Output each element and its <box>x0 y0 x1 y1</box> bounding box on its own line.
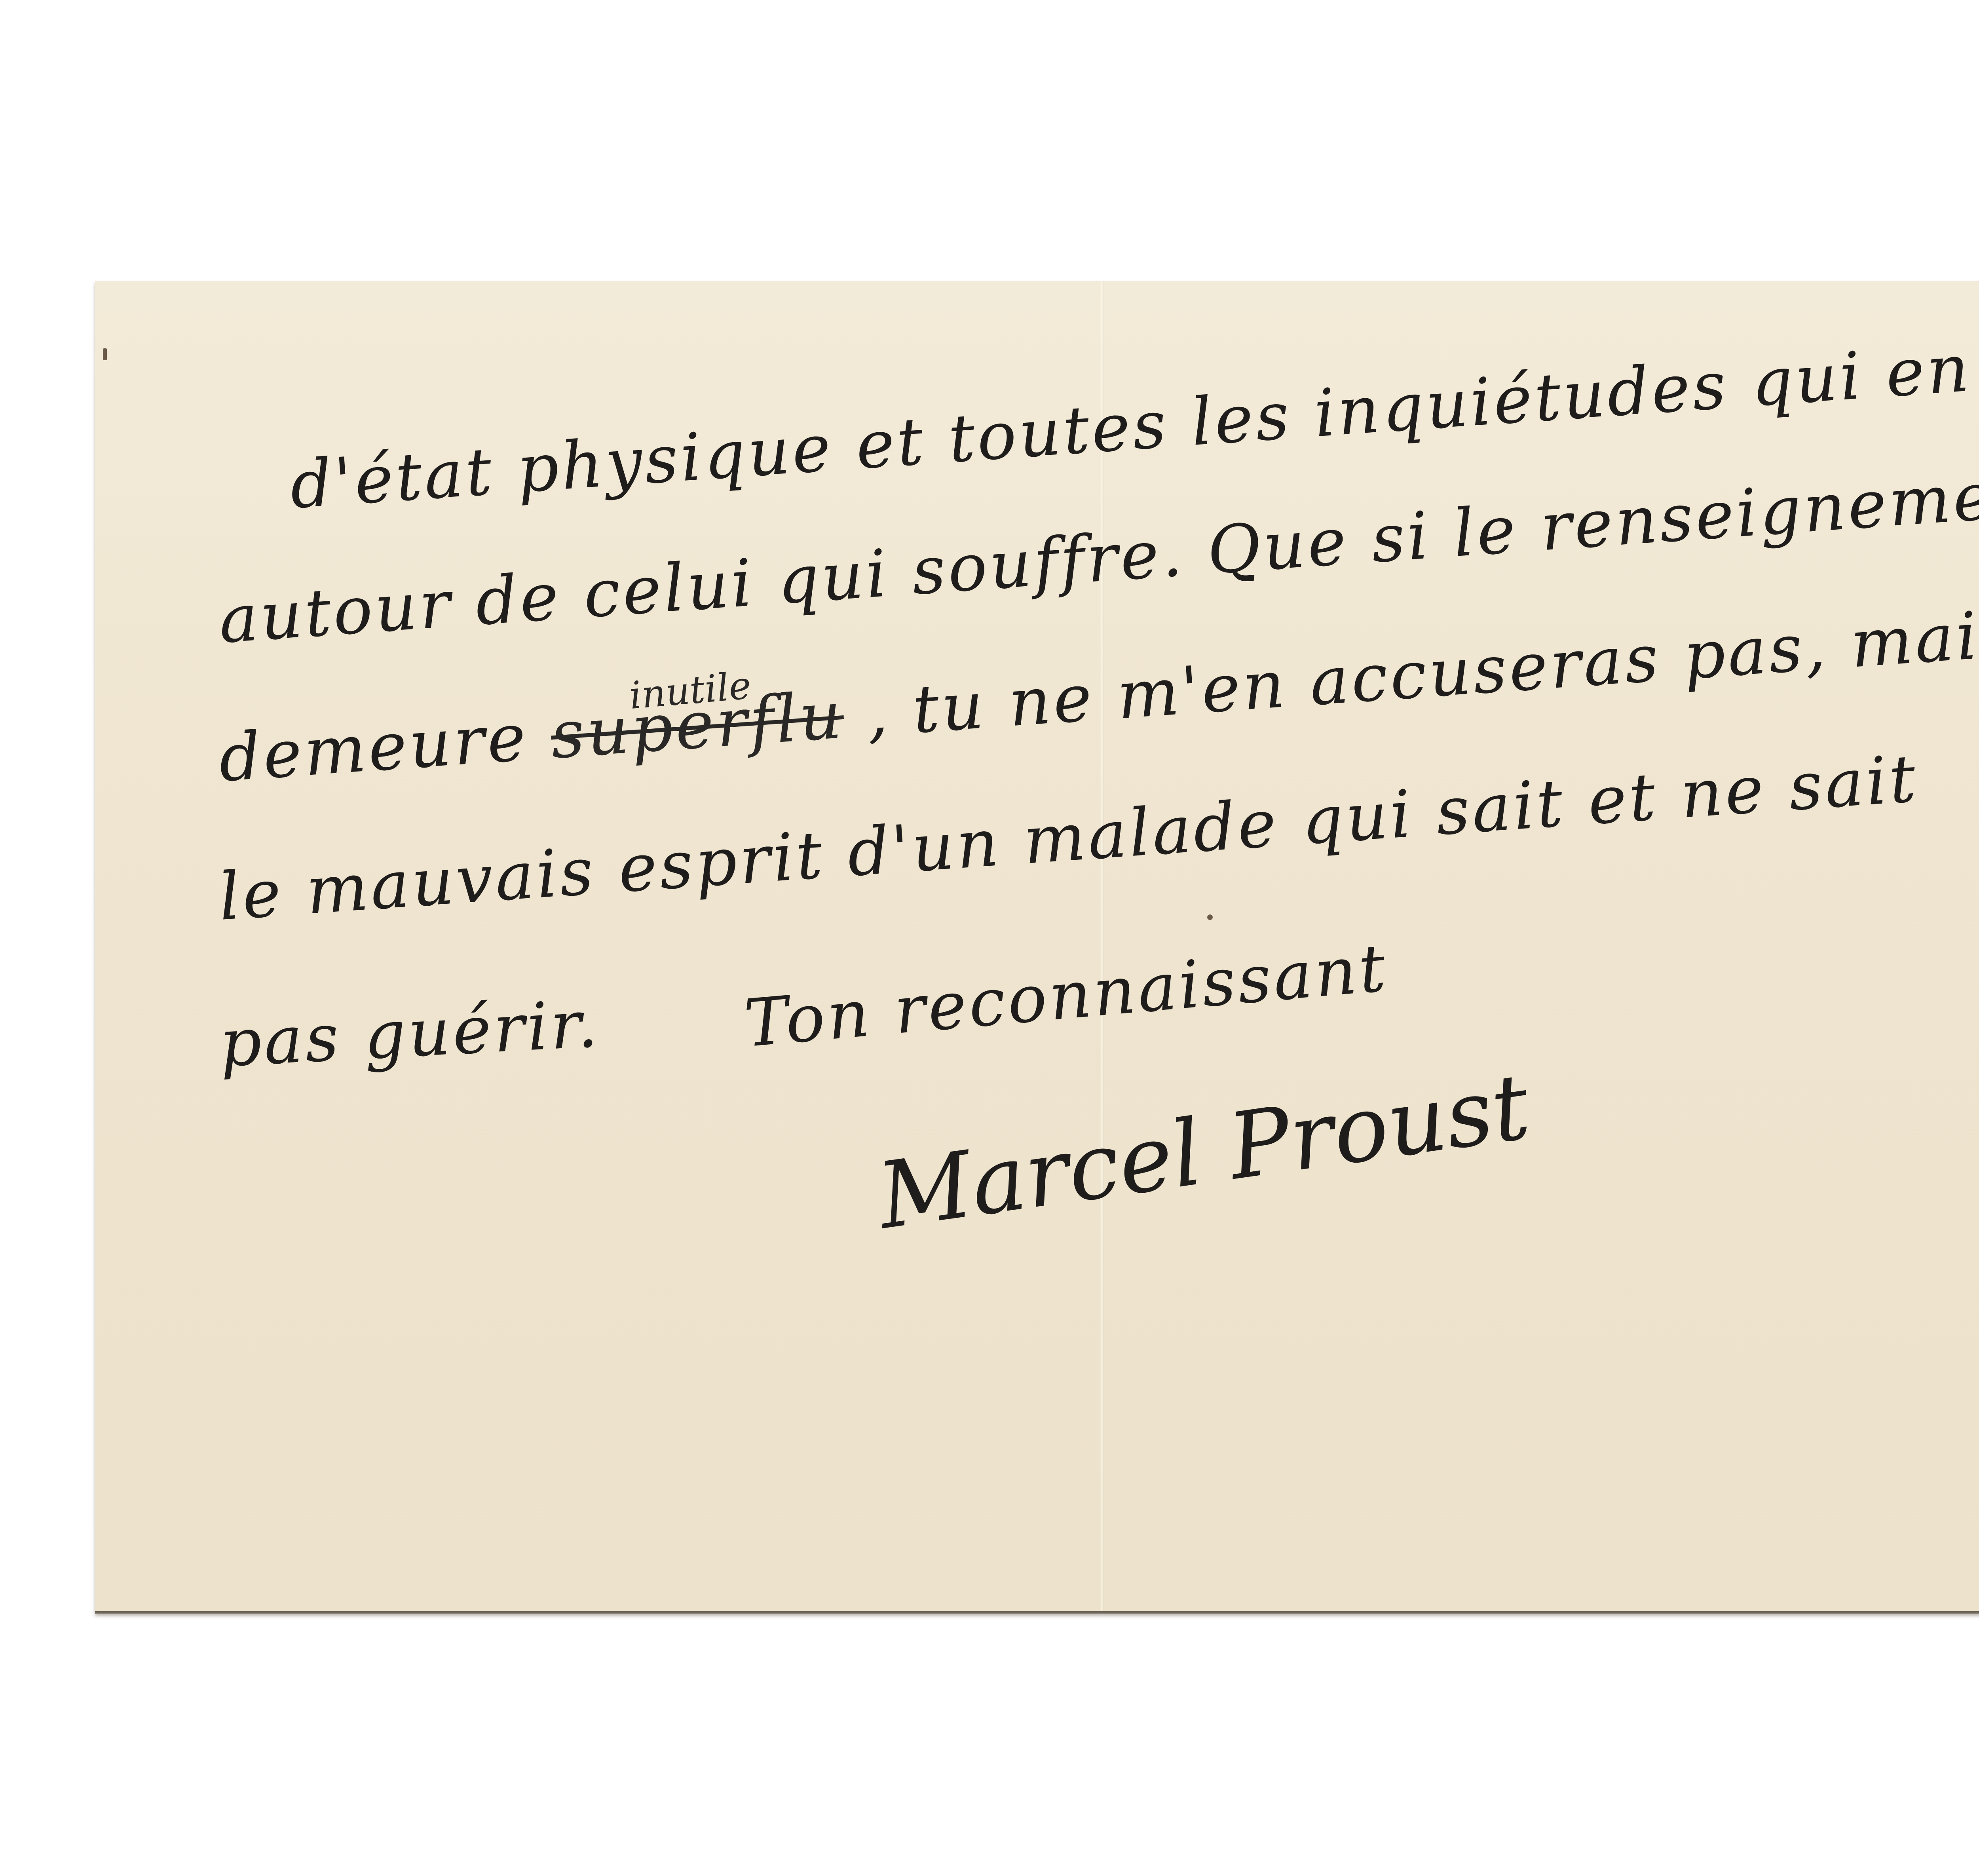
closing-phrase: Ton reconnaissant <box>741 930 1390 1062</box>
letter-line-5: pas guérir. <box>218 986 602 1082</box>
signature: Marcel Proust <box>872 1054 1536 1250</box>
letter-paper: d'état physique et toutes les inquiétude… <box>95 281 1979 1614</box>
ink-speck <box>1207 914 1213 920</box>
line3-end: tu ne m'en accuseras pas, mais <box>910 595 1979 748</box>
edge-mark <box>103 348 107 360</box>
line3-start: demeure <box>217 699 531 796</box>
line3-comma: , <box>864 674 893 751</box>
fold-crease <box>1100 281 1103 1611</box>
